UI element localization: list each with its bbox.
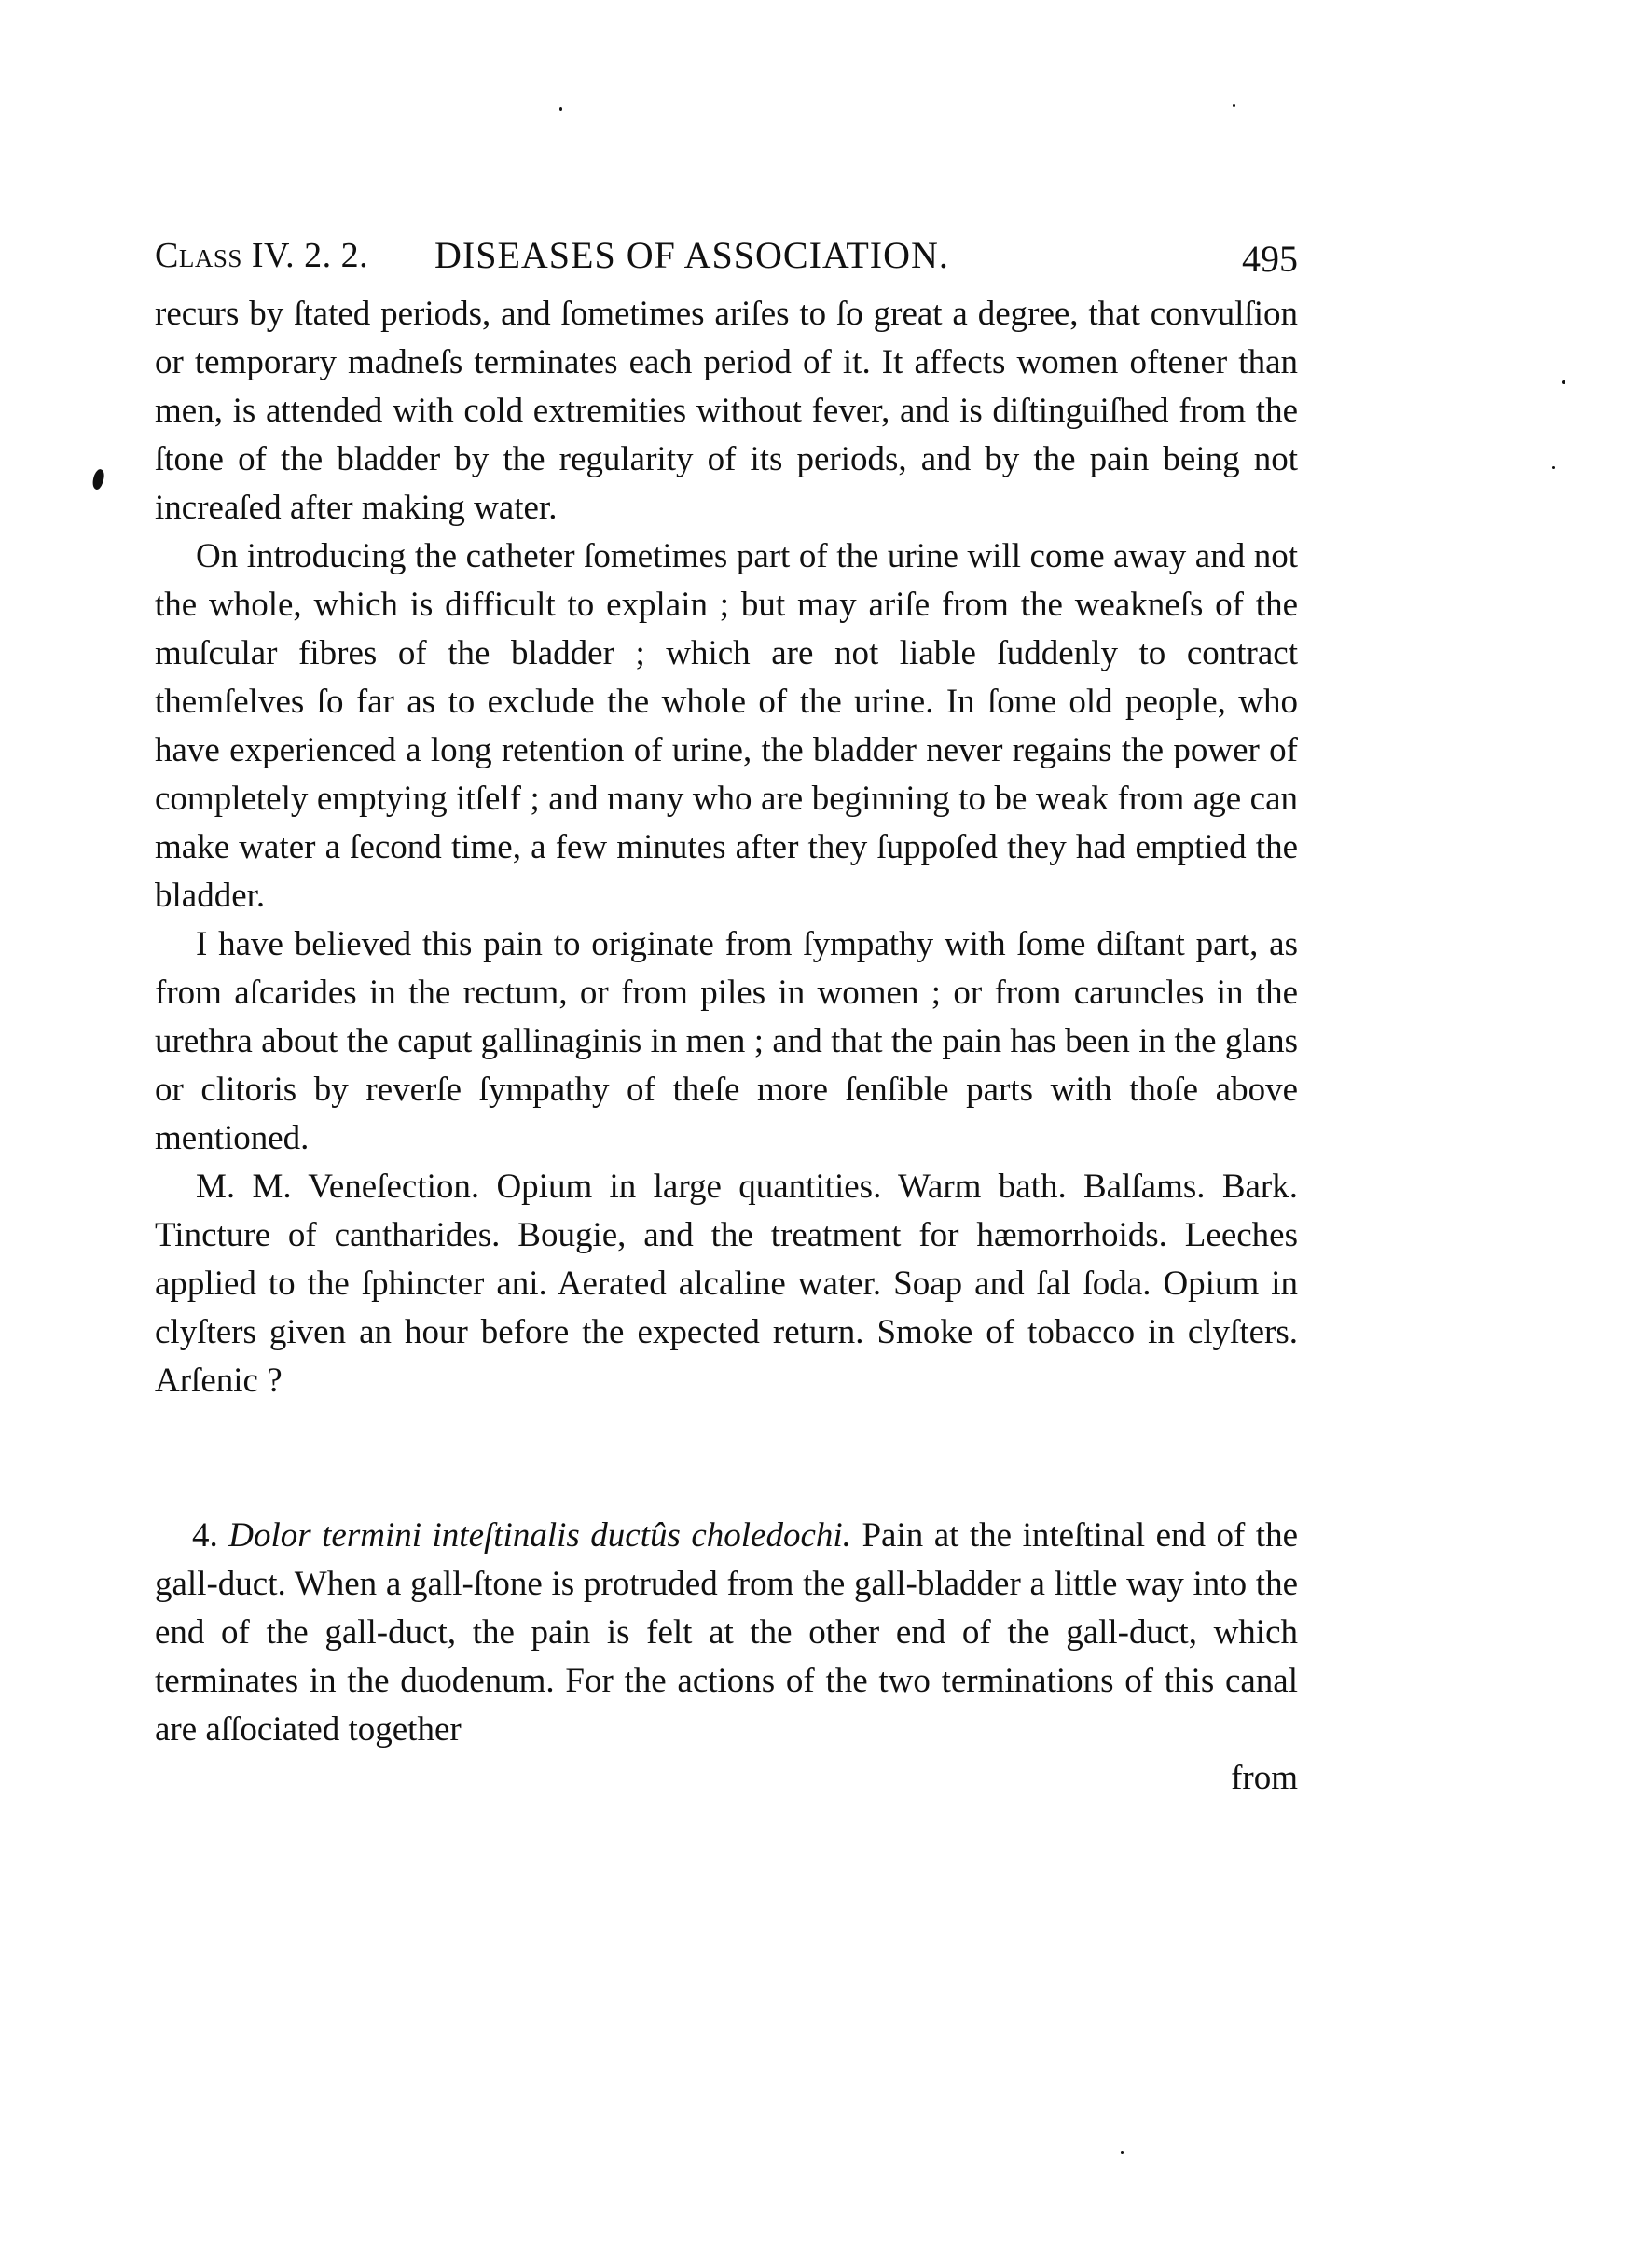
page-number: 495 bbox=[1242, 235, 1298, 283]
paragraph-materia-medica: M. M. Veneſection. Opium in large quanti… bbox=[155, 1163, 1298, 1405]
paragraph-catheter: On introducing the catheter ſometimes pa… bbox=[155, 532, 1298, 920]
class-label: Class IV. 2. 2. bbox=[155, 231, 368, 280]
catchword: from bbox=[155, 1754, 1298, 1803]
section-number: 4. bbox=[192, 1516, 218, 1555]
ink-speck bbox=[559, 107, 562, 111]
margin-ink-mark bbox=[90, 468, 106, 491]
body-text: recurs by ſtated periods, and ſometimes … bbox=[155, 290, 1298, 1803]
section-latin-title: Dolor termini inteſtinalis ductûs choled… bbox=[228, 1516, 851, 1555]
section-4-paragraph: 4. Dolor termini inteſtinalis ductûs cho… bbox=[155, 1512, 1298, 1754]
ink-speck bbox=[1562, 380, 1565, 384]
ink-speck bbox=[1233, 104, 1235, 107]
running-head: Class IV. 2. 2. DISEASES OF ASSOCIATION.… bbox=[155, 231, 1298, 280]
paragraph-continuation: recurs by ſtated periods, and ſometimes … bbox=[155, 290, 1298, 532]
chapter-title: DISEASES OF ASSOCIATION. bbox=[434, 231, 949, 280]
ink-speck bbox=[1121, 2151, 1124, 2154]
paragraph-sympathy: I have believed this pain to originate f… bbox=[155, 920, 1298, 1163]
ink-speck bbox=[1552, 466, 1555, 469]
section-spacer bbox=[155, 1405, 1298, 1512]
